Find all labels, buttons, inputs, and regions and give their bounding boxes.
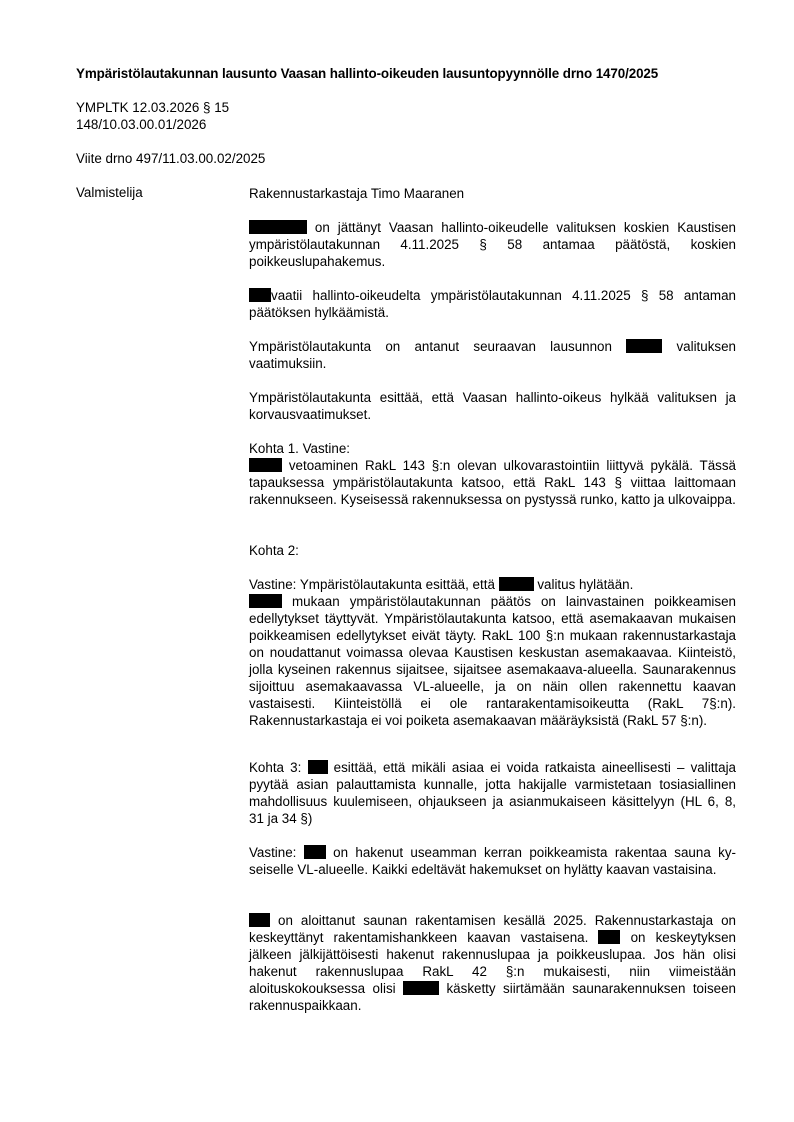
redaction-box [304,845,326,859]
preparer-label: Valmistelija [76,185,143,200]
meeting-ref: YMPLTK 12.03.2026 § 15 [76,99,229,116]
paragraph-text: vetoaminen RakL 143 §:n olevan ulkovaras… [249,458,736,507]
section-heading: Kohta 1. Vastine: [249,440,736,457]
redaction-box [403,981,439,995]
paragraph-text: Kohta 3: [249,760,308,775]
section-point-1: Kohta 1. Vastine: vetoaminen RakL 143 §:… [249,440,736,508]
redaction-box [308,760,328,774]
record-number: 148/10.03.00.01/2026 [76,116,229,133]
paragraph-text: Vastine: [249,845,304,860]
paragraph-text: on jättänyt Vaasan hallinto-oikeudelle v… [249,220,736,269]
redaction-box [598,930,620,944]
preparer-name: Rakennustarkastaja Timo Maaranen [249,185,736,202]
redaction-box [249,458,282,472]
reference-number: Viite drno 497/11.03.00.02/2025 [76,150,265,167]
redaction-box [249,594,282,608]
document-title: Ympäristölautakunnan lausunto Vaasan hal… [76,66,658,81]
meeting-reference-block: YMPLTK 12.03.2026 § 15 148/10.03.00.01/2… [76,99,229,133]
paragraph-appeal-filed: on jättänyt Vaasan hallinto-oikeudelle v… [249,219,736,270]
paragraph-proposal: Ympäristölautakunta esittää, että Vaasan… [249,389,736,423]
redaction-box [626,339,662,353]
redaction-box [249,288,271,302]
paragraph-demand: vaatii hallinto-oikeudelta ympäristölaut… [249,287,736,321]
paragraph-text: Kohta 2: [249,543,299,558]
paragraph-statement-intro: Ympäristölautakunta on antanut seuraavan… [249,338,736,372]
section-point-3: Kohta 3: esittää, että mikäli asiaa ei v… [249,759,736,827]
paragraph-text: Vastine: Ympäristölautakunta esittää, et… [249,577,499,592]
redaction-box [499,577,534,591]
document-page: Ympäristölautakunnan lausunto Vaasan hal… [0,0,794,1122]
redaction-box [249,220,307,234]
paragraph-text: Ympäristölautakunta on antanut seuraavan… [249,339,626,354]
paragraph-text: Ympäristölautakunta esittää, että Vaasan… [249,390,736,422]
paragraph-text: vaatii hallinto-oikeudelta ympäristölaut… [249,288,736,320]
section-construction-history: on aloittanut saunan rakentamisen kesäll… [249,912,736,1014]
section-point-2-response: Vastine: Ympäristölautakunta esittää, et… [249,576,736,729]
redaction-box [249,913,270,927]
paragraph-text: valitus hylätään. [534,577,634,592]
section-point-3-response: Vastine: on hakenut useamman kerran poik… [249,844,736,878]
paragraph-text: mukaan ympäristölautakunnan päätös on la… [249,594,736,728]
heading-point-2: Kohta 2: [249,542,736,559]
